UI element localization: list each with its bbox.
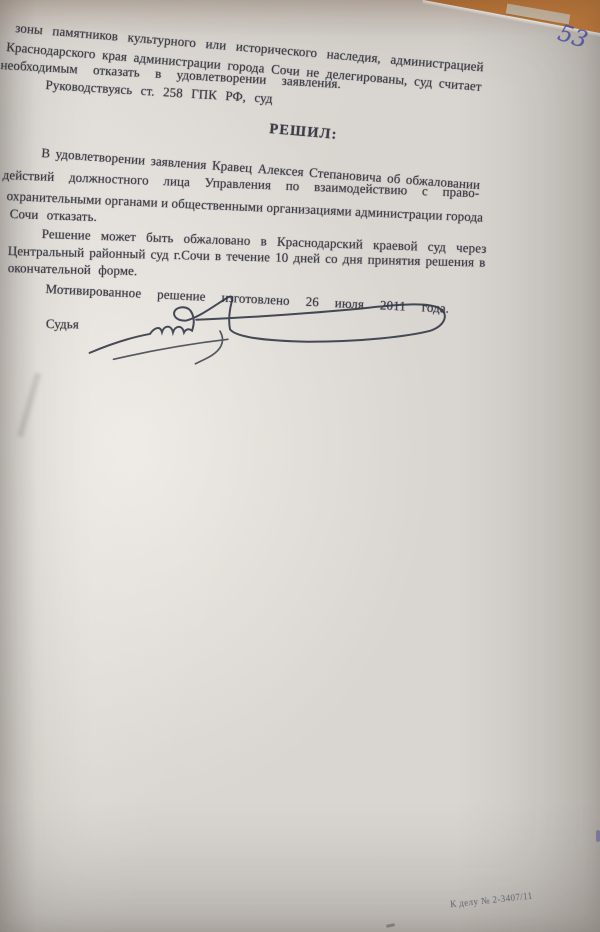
judge-signature <box>77 287 458 379</box>
decision-line-4: Сочи отказать. <box>9 206 97 225</box>
appeal-line-3: окончательной форме. <box>8 260 138 279</box>
decision-heading: РЕШИЛ: <box>269 121 339 144</box>
judge-label: Судья <box>46 316 79 332</box>
document-text: зоныпамятниковкультурногоилиисторическог… <box>0 0 600 932</box>
court-decision-photo: 53 зоныпамятниковкультурногоилиисторичес… <box>0 0 600 932</box>
